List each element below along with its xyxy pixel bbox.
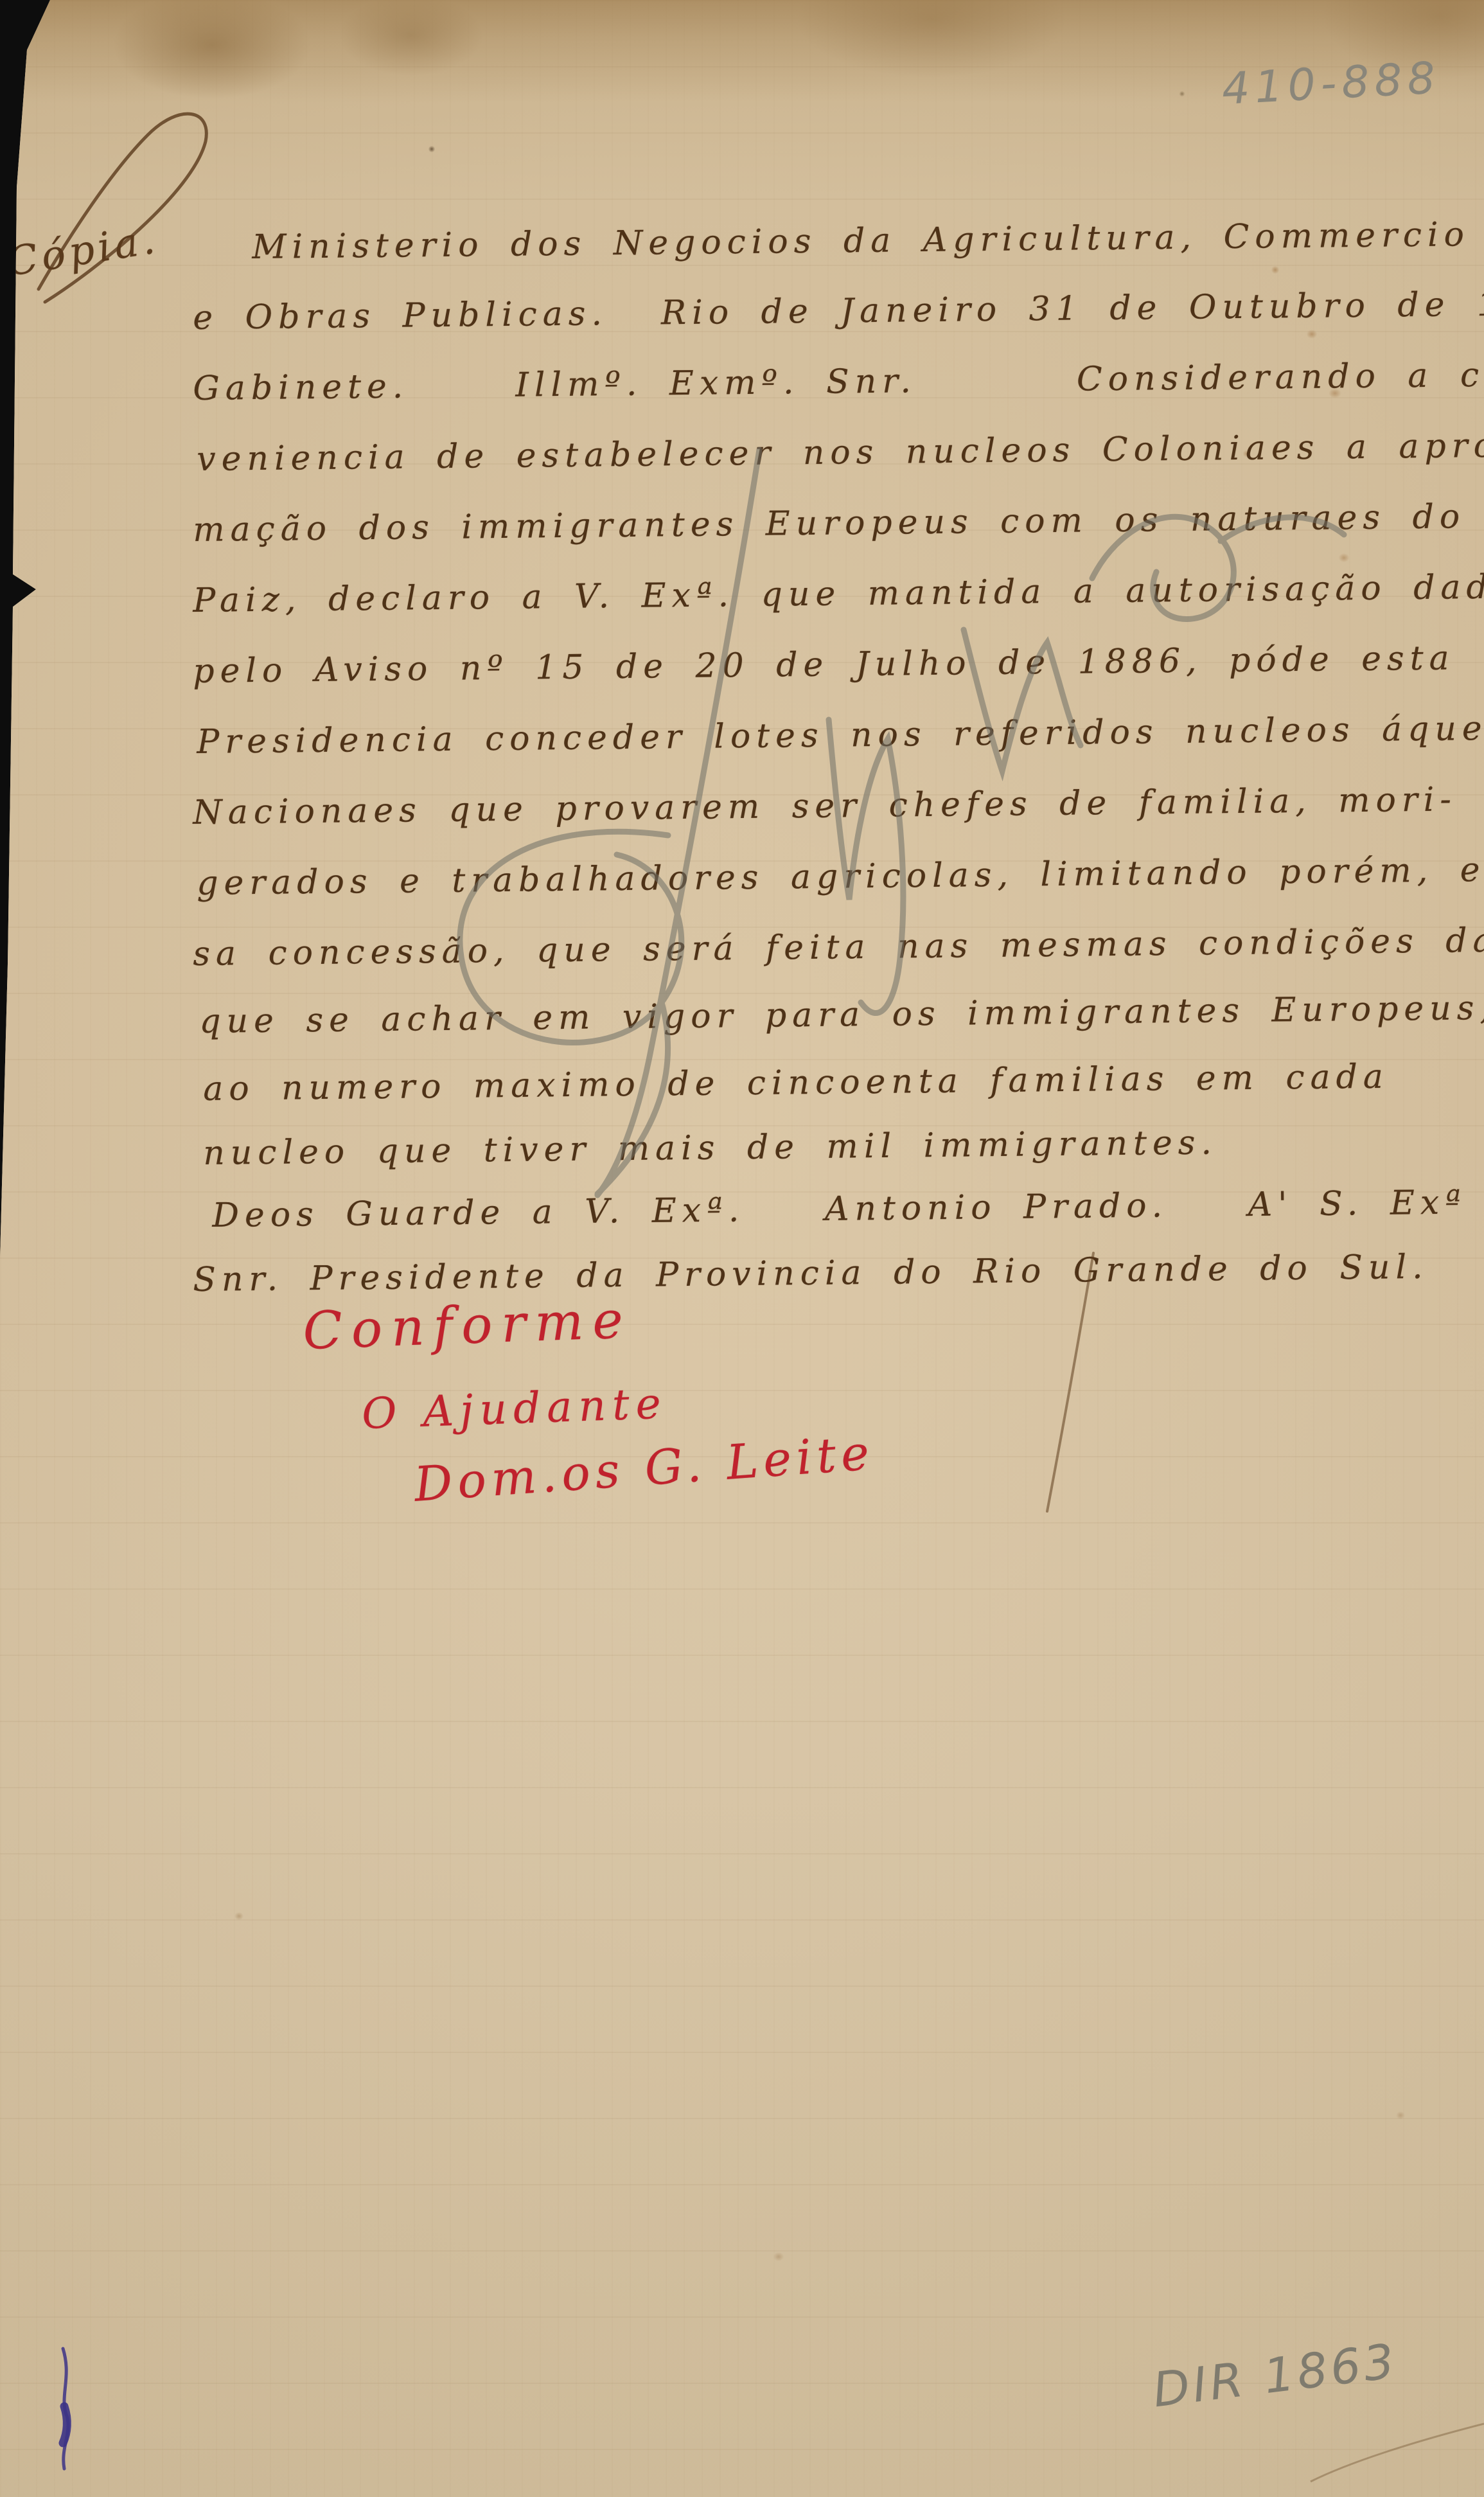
letter-line: Presidencia conceder lotes nos referidos…: [197, 709, 1484, 761]
certification-signature: Dom.os G. Leite: [412, 1425, 876, 1513]
crease-line: [1311, 2424, 1484, 2482]
letter-line: nucleo que tiver mais de mil immigrantes…: [203, 1123, 1217, 1173]
letter-line: que se achar em vigor para os immigrante…: [199, 989, 1484, 1041]
pencil-mark-top-right: 410-888: [1221, 53, 1442, 115]
letter-line: sa concessão, que será feita nas mesmas …: [193, 921, 1484, 973]
certification-conforme: Conforme: [302, 1290, 633, 1361]
paper-sheet: Cópia. 410-888 DIR 1863 Ministerio dos N…: [0, 0, 1484, 2497]
certification-ajudante: O Ajudante: [361, 1378, 668, 1439]
letter-line: pelo Aviso nº 15 de 20 de Julho de 1886,…: [193, 639, 1455, 691]
letter-line: Gabinete. Illmº. Exmº. Snr. Considerando…: [193, 355, 1484, 408]
letter-line: e Obras Publicas. Rio de Janeiro 31 de O…: [193, 284, 1484, 337]
scanned-document: Cópia. 410-888 DIR 1863 Ministerio dos N…: [0, 0, 1484, 2497]
letter-line: mação dos immigrantes Europeus com os na…: [193, 497, 1465, 549]
letter-line: Paiz, declaro a V. Exª. que mantida a au…: [193, 567, 1484, 620]
letter-line: gerados e trabalhadores agricolas, limit…: [197, 850, 1484, 903]
margin-note-copia: Cópia.: [4, 215, 161, 285]
pencil-mark-bottom-right: DIR 1863: [1150, 2333, 1400, 2418]
letter-line: veniencia de estabelecer nos nucleos Col…: [197, 426, 1484, 479]
letter-line: Nacionaes que provarem ser chefes de fam…: [193, 780, 1457, 832]
letter-line: ao numero maximo de cincoenta familias e…: [203, 1058, 1389, 1108]
pen-flourish: [1047, 1253, 1093, 1511]
letter-line: Snr. Presidente da Provincia do Rio Gran…: [193, 1248, 1429, 1299]
blue-ink-mark: [63, 2349, 68, 2469]
letter-line: Ministerio dos Negocios da Agricultura, …: [252, 215, 1470, 267]
letter-line: Deos Guarde a V. Exª. Antonio Prado. A' …: [212, 1183, 1484, 1235]
